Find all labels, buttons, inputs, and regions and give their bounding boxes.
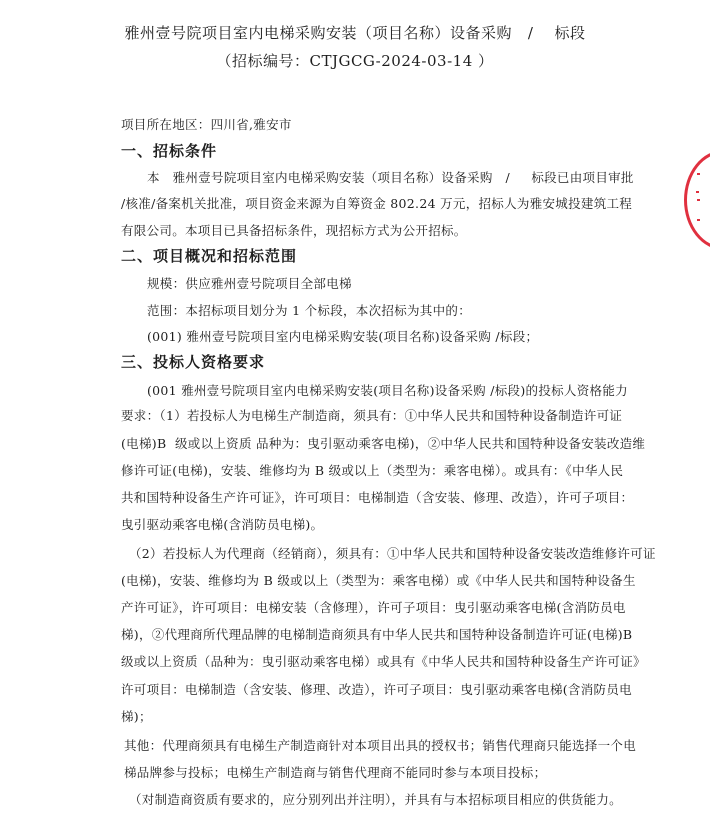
section-heading-project-overview: 二、项目概况和招标范围 xyxy=(121,245,297,266)
paragraph-line: 有限公司。本项目已具备招标条件，现招标方式为公开招标。 xyxy=(121,221,467,239)
paragraph-line: 本 雅州壹号院项目室内电梯采购安装（项目名称）设备采购 / 标段已由项目审批 xyxy=(147,168,634,186)
paragraph-line: /核准/备案机关批准，项目资金来源为自筹资金 802.24 万元，招标人为雅安城… xyxy=(121,194,632,212)
paragraph-line: （对制造商资质有要求的，应分别列出并注明），并具有与本招标项目相应的供货能力。 xyxy=(129,790,622,808)
paragraph-line: 梯)； xyxy=(121,707,152,725)
paragraph-line: 修许可证(电梯)，安装、维修均为 B 级或以上（类型为：乘客电梯）。或具有：《中… xyxy=(121,461,623,479)
paragraph-line: 许可项目：电梯制造（含安装、修理、改造），许可子项目：曳引驱动乘客电梯(含消防员… xyxy=(121,680,632,698)
tender-number: （招标编号：CTJGCG-2024-03-14 ） xyxy=(0,50,710,71)
scale-line: 规模：供应雅州壹号院项目全部电梯 xyxy=(147,274,352,292)
lot-line: (001) 雅州壹号院项目室内电梯采购安装(项目名称)设备采购 /标段； xyxy=(147,327,538,345)
paragraph-line: (电梯)，安装、维修均为 B 级或以上（类型为：乘客电梯）或《中华人民共和国特种… xyxy=(121,571,636,589)
paragraph-line: 要求：（1）若投标人为电梯生产制造商，须具有：①中华人民共和国特种设备制造许可证 xyxy=(121,406,622,424)
project-region: 项目所在地区：四川省,雅安市 xyxy=(121,115,292,133)
paragraph-line: 产许可证》，许可项目：电梯安装（含修理），许可子项目：曳引驱动乘客电梯(含消防员… xyxy=(121,598,626,616)
paragraph-line: （2）若投标人为代理商（经销商），须具有：①中华人民共和国特种设备安装改造维修许… xyxy=(129,544,656,562)
scope-line: 范围：本招标项目划分为 1 个标段，本次招标为其中的： xyxy=(147,301,471,319)
document-title: 雅州壹号院项目室内电梯采购安装（项目名称）设备采购 / 标段 xyxy=(0,22,710,43)
document-page: 雅州壹号院项目室内电梯采购安装（项目名称）设备采购 / 标段 （招标编号：CTJ… xyxy=(0,0,710,814)
paragraph-line: 级或以上资质（品种为：曳引驱动乘客电梯）或具有《中华人民共和国特种设备生产许可证… xyxy=(121,652,646,670)
paragraph-line: 曳引驱动乘客电梯(含消防员电梯)。 xyxy=(121,515,323,533)
paragraph-line: 其他：代理商须具有电梯生产制造商针对本项目出具的授权书；销售代理商只能选择一个电 xyxy=(124,736,636,754)
paragraph-line: (001 雅州壹号院项目室内电梯采购安装(项目名称)设备采购 /标段)的投标人资… xyxy=(147,381,628,399)
section-heading-bidding-conditions: 一、招标条件 xyxy=(121,140,217,161)
paragraph-line: 梯品牌参与投标；电梯生产制造商与销售代理商不能同时参与本项目投标； xyxy=(124,763,546,781)
paragraph-line: 共和国特种设备生产许可证》，许可项目：电梯制造（含安装、修理、改造），许可子项目… xyxy=(121,488,633,506)
paragraph-line: (电梯)B 级或以上资质 品种为：曳引驱动乘客电梯)，②中华人民共和国特种设备安… xyxy=(121,434,645,452)
section-heading-bidder-qualifications: 三、投标人资格要求 xyxy=(121,351,265,372)
paragraph-line: 梯)，②代理商所代理品牌的电梯制造商须具有中华人民共和国特种设备制造许可证(电梯… xyxy=(121,625,632,643)
official-seal-icon xyxy=(684,150,710,250)
